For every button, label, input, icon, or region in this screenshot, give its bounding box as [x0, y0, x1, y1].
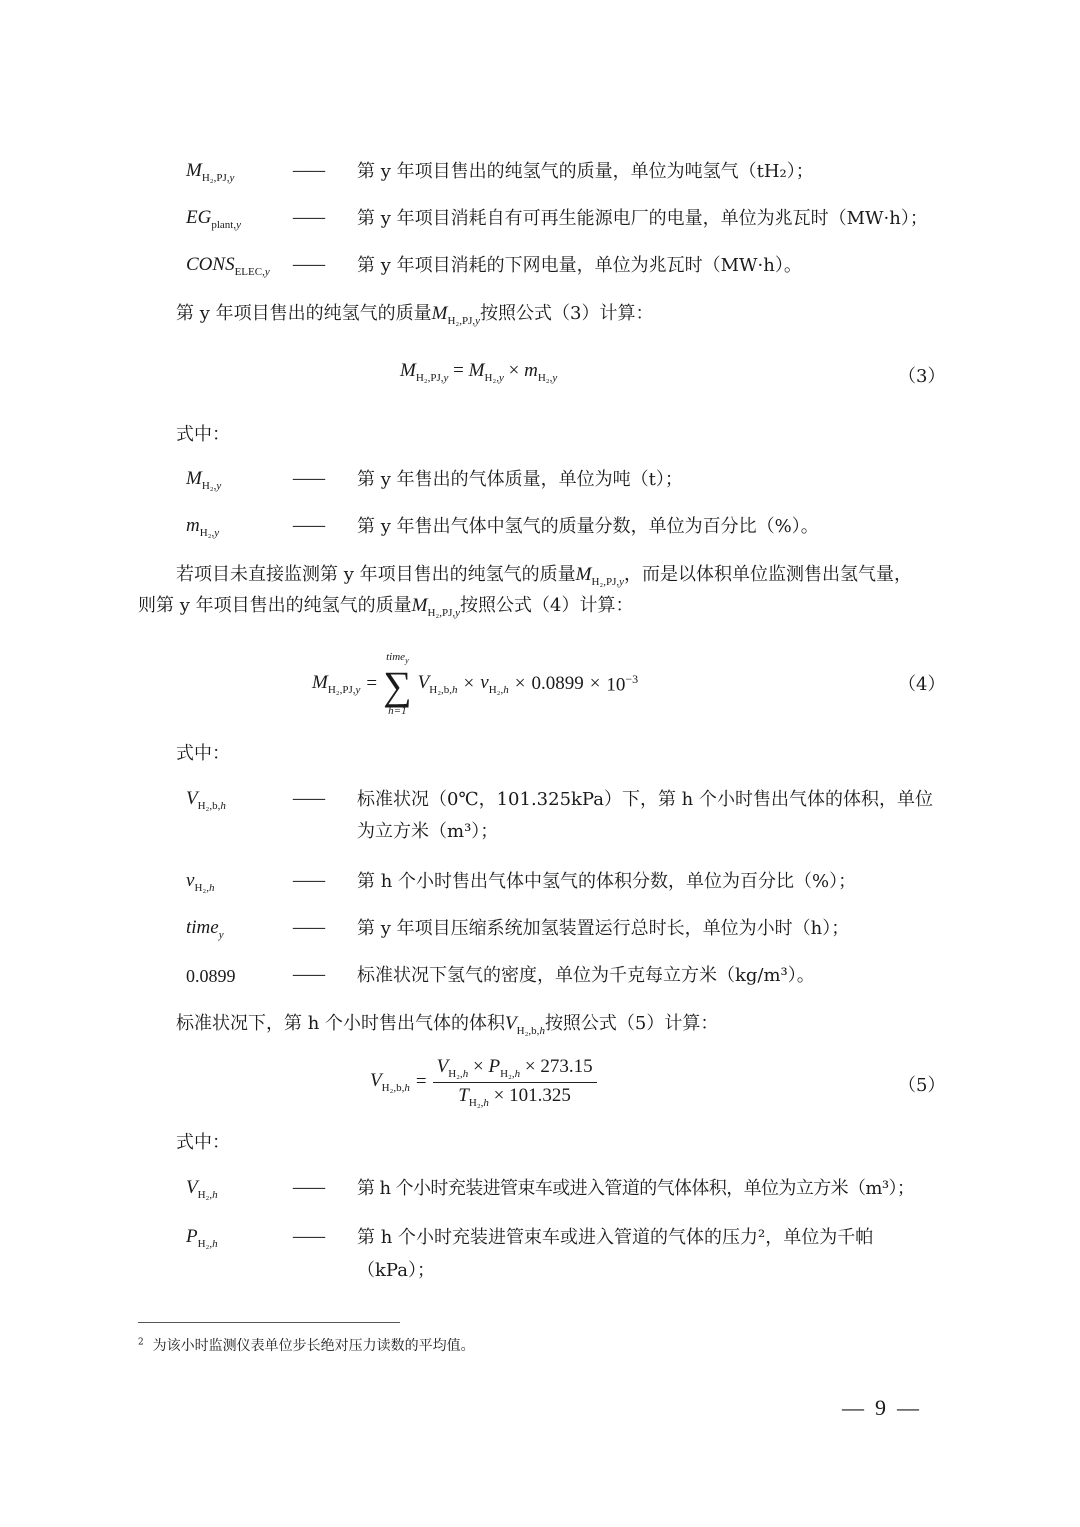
definition-text: 第 y 年项目消耗的下网电量，单位为兆瓦时（MW·h）。 [357, 254, 802, 278]
footnote-text: 为该小时监测仪表单位步长绝对压力读数的平均值。 [153, 1338, 475, 1354]
symbol-time-y: timey [186, 917, 224, 941]
definition-text-continued: 为立方米（m³）； [357, 820, 498, 844]
definition-text: 第 y 年项目消耗自有可再生能源电厂的电量，单位为兆瓦时（MW·h）； [357, 207, 928, 231]
symbol-density-constant: 0.0899 [186, 964, 236, 988]
formula-3-number: （3） [898, 362, 945, 388]
definition-dash: —— [292, 788, 324, 809]
definition-text: 标准状况下氢气的密度，单位为千克每立方米（kg/m³）。 [357, 964, 815, 988]
footnote-marker: 2 [138, 1337, 144, 1347]
symbol-cons-elec-y: CONSELEC,y [186, 254, 270, 278]
summation-symbol: timey ∑ h=1 [383, 651, 412, 717]
definition-dash: —— [292, 207, 324, 228]
footnote-separator [138, 1322, 400, 1323]
paragraph-formula4-intro-line2: 则第 y 年项目售出的纯氢气的质量MH₂,PJ,y按照公式（4）计算： [138, 594, 633, 625]
symbol-eg-plant-y: EGplant,y [186, 207, 241, 231]
definition-dash: —— [292, 917, 324, 938]
symbol-p-h2-h: PH₂,h [186, 1226, 218, 1250]
paragraph-formula4-intro-line1: 若项目未直接监测第 y 年项目售出的纯氢气的质量MH₂,PJ,y，而是以体积单位… [176, 563, 912, 594]
symbol-m-h2-pj-y: MH₂,PJ,y [186, 160, 234, 184]
where-label: 式中： [176, 1131, 230, 1155]
formula-4-number: （4） [898, 670, 945, 696]
symbol-v-h2-b-h: VH₂,b,h [186, 788, 226, 812]
definition-text: 第 y 年项目售出的纯氢气的质量，单位为吨氢气（tH₂）； [357, 160, 814, 184]
formula-4: MH₂,PJ,y = timey ∑ h=1 VH₂,b,h × vH₂,h ×… [312, 644, 638, 724]
definition-text: 标准状况（0℃，101.325kPa）下，第 h 个小时售出气体的体积，单位 [357, 788, 933, 812]
definition-text: 第 y 年项目压缩系统加氢装置运行总时长，单位为小时（h）； [357, 917, 849, 941]
definition-dash: —— [292, 468, 324, 489]
page-number: — 9 — [842, 1395, 919, 1421]
formula-3: MH₂,PJ,y = MH₂,y × mH₂,y [400, 360, 557, 384]
symbol-mass-fraction-h2-y: mH₂,y [186, 515, 219, 539]
fraction-numerator: VH₂,h × PH₂,h × 273.15 [433, 1056, 597, 1083]
definition-dash: —— [292, 964, 324, 985]
fraction-denominator: TH₂,h × 101.325 [433, 1083, 597, 1109]
symbol-m-h2-y: MH₂,y [186, 468, 221, 492]
definition-dash: —— [292, 1226, 324, 1247]
definition-text: 第 h 个小时充装进管束车或进入管道的气体的压力²，单位为千帕 [357, 1226, 873, 1250]
where-label: 式中： [176, 742, 230, 766]
footnote: 2 为该小时监测仪表单位步长绝对压力读数的平均值。 [138, 1335, 475, 1355]
symbol-v-h2-h: VH₂,h [186, 1177, 218, 1201]
formula-5: VH₂,b,h = VH₂,h × PH₂,h × 273.15 TH₂,h ×… [370, 1052, 597, 1112]
definition-dash: —— [292, 515, 324, 536]
definition-text: 第 h 个小时充装进管束车或进入管道的气体体积，单位为立方米（m³）； [357, 1177, 914, 1201]
symbol-volume-fraction-h2-h: vH₂,h [186, 870, 214, 894]
definition-dash: —— [292, 870, 324, 891]
definition-text: 第 y 年售出气体中氢气的质量分数，单位为百分比（%）。 [357, 515, 819, 539]
definition-text: 第 y 年售出的气体质量，单位为吨（t）； [357, 468, 683, 492]
paragraph-formula3-intro: 第 y 年项目售出的纯氢气的质量MH₂,PJ,y按照公式（3）计算： [176, 302, 653, 333]
formula-5-number: （5） [898, 1071, 945, 1097]
definition-dash: —— [292, 254, 324, 275]
where-label: 式中： [176, 423, 230, 447]
paragraph-formula5-intro: 标准状况下，第 h 个小时售出气体的体积VH₂,b,h按照公式（5）计算： [176, 1012, 718, 1043]
definition-dash: —— [292, 1177, 324, 1198]
definition-text-continued: （kPa）； [357, 1259, 435, 1283]
definition-dash: —— [292, 160, 324, 181]
definition-text: 第 h 个小时售出气体中氢气的体积分数，单位为百分比（%）； [357, 870, 856, 894]
fraction: VH₂,h × PH₂,h × 273.15 TH₂,h × 101.325 [433, 1056, 597, 1109]
